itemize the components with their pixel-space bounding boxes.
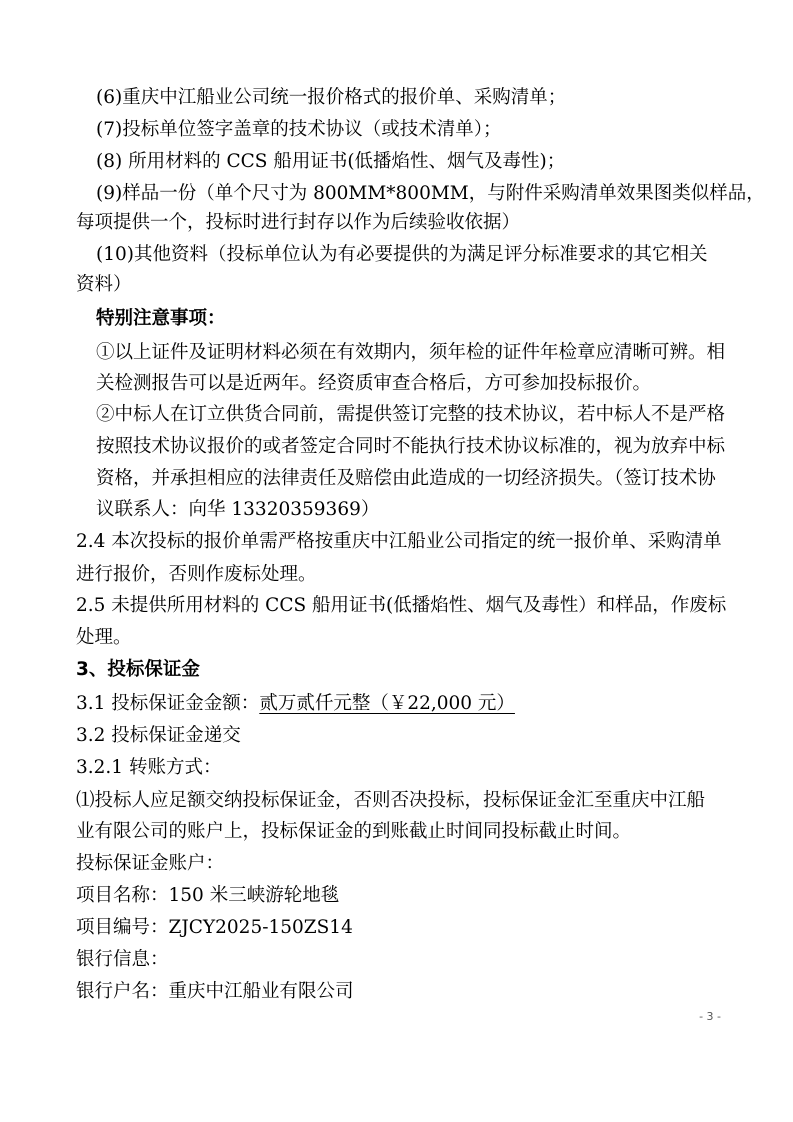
- clause-3-2: 3.2 投标保证金递交: [76, 724, 726, 748]
- item-10-cont: 资料）: [76, 273, 726, 297]
- clause-3-1: 3.1 投标保证金金额：贰万贰仟元整（￥22,000 元）: [76, 692, 726, 716]
- note-2-cont-2: 资格，并承担相应的法律责任及赔偿由此造成的一切经济损失。（签订技术协: [96, 467, 746, 491]
- item-9-cont: 每项提供一个，投标时进行封存以作为后续验收依据）: [76, 211, 726, 235]
- note-1: ①以上证件及证明材料必须在有效期内，须年检的证件年检章应清晰可辨。相: [96, 341, 746, 365]
- project-number: 项目编号：ZJCY2025-150ZS14: [76, 916, 726, 940]
- clause-3-2-1: 3.2.1 转账方式：: [76, 756, 726, 780]
- item-6: (6)重庆中江船业公司统一报价格式的报价单、采购清单；: [96, 86, 746, 110]
- transfer-item-1: ⑴投标人应足额交纳投标保证金，否则否决投标，投标保证金汇至重庆中江船: [76, 789, 726, 813]
- note-2-cont-3: 议联系人：向华 13320359369）: [96, 498, 746, 522]
- item-8: (8) 所用材料的 CCS 船用证书(低播焰性、烟气及毒性)；: [96, 150, 746, 174]
- clause-2-5-cont: 处理。: [76, 626, 726, 650]
- clause-2-4-cont: 进行报价，否则作废标处理。: [76, 563, 726, 587]
- transfer-item-1-cont: 业有限公司的账户上，投标保证金的到账截止时间同投标截止时间。: [76, 820, 726, 844]
- bank-account-name: 银行户名：重庆中江船业有限公司: [76, 980, 726, 1004]
- deposit-amount-value: 贰万贰仟元整（￥22,000 元）: [259, 693, 515, 714]
- page-number: - 3 -: [699, 1010, 721, 1023]
- item-7: (7)投标单位签字盖章的技术协议（或技术清单）；: [96, 118, 746, 142]
- special-notes-heading: 特别注意事项：: [96, 307, 746, 331]
- note-1-cont: 关检测报告可以是近两年。经资质审查合格后，方可参加投标报价。: [96, 372, 746, 396]
- bank-info-heading: 银行信息：: [76, 948, 726, 972]
- project-name: 项目名称：150 米三峡游轮地毯: [76, 884, 726, 908]
- item-10: (10)其他资料（投标单位认为有必要提供的为满足评分标准要求的其它相关: [96, 243, 746, 267]
- note-2-cont-1: 按照技术协议报价的或者签定合同时不能执行技术协议标准的，视为放弃中标: [96, 435, 746, 459]
- item-9: (9)样品一份（单个尺寸为 800MM*800MM，与附件采购清单效果图类似样品…: [96, 182, 746, 206]
- deposit-account-heading: 投标保证金账户：: [76, 852, 726, 876]
- clause-2-5: 2.5 未提供所用材料的 CCS 船用证书(低播焰性、烟气及毒性）和样品，作废标: [76, 594, 726, 618]
- note-2: ②中标人在订立供货合同前，需提供签订完整的技术协议，若中标人不是严格: [96, 403, 746, 427]
- deposit-amount-label: 3.1 投标保证金金额：: [76, 693, 259, 714]
- clause-2-4: 2.4 本次投标的报价单需严格按重庆中江船业公司指定的统一报价单、采购清单: [76, 530, 726, 554]
- section-3-heading: 3、投标保证金: [76, 658, 726, 682]
- document-page: (6)重庆中江船业公司统一报价格式的报价单、采购清单； (7)投标单位签字盖章的…: [0, 0, 793, 1122]
